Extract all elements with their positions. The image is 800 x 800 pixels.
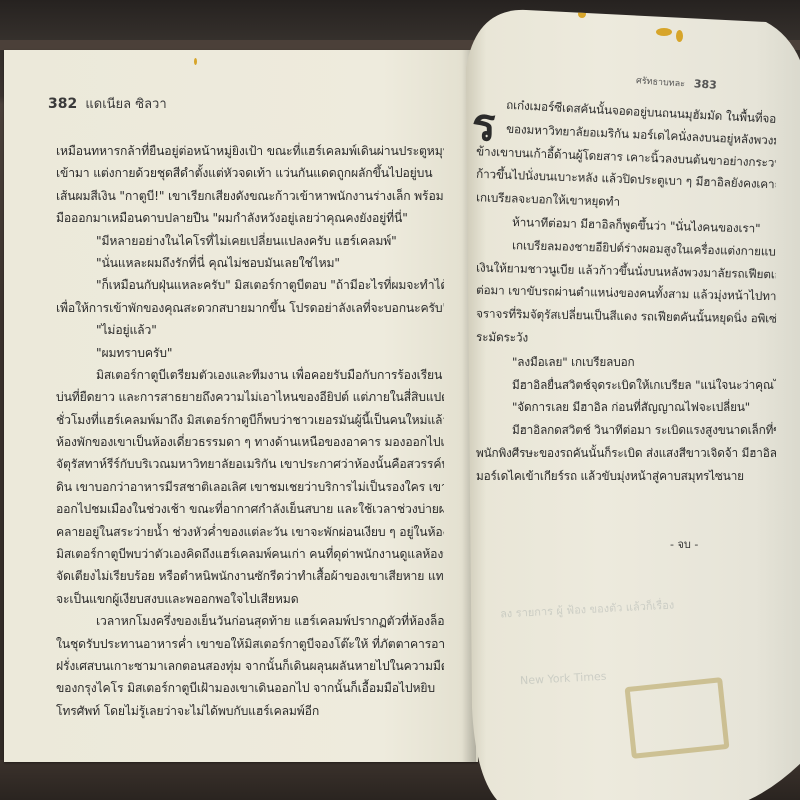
text-line: "นั่นแหละผมถึงรักที่นี่ คุณไม่ชอบมันเลยใ… xyxy=(56,252,444,274)
text-line: เวลาหกโมงครึ่งของเย็นวันก่อนสุดท้าย แฮร์… xyxy=(56,610,444,632)
text-line: "มีหลายอย่างในไคโรที่ไม่เคยเปลี่ยนแปลงคร… xyxy=(56,230,444,252)
text-line: ระมัดระวัง xyxy=(476,326,776,353)
text-line: "จัดการเลย มีฮาอิล ก่อนที่สัญญาณไฟจะเปลี… xyxy=(476,396,776,419)
text-line: ฝรั่งเศสบนเกาะซามาเลกตอนสองทุ่ม จากนั้นก… xyxy=(56,655,444,677)
text-line: เพื่อให้การเข้าพักของคุณสะดวกสบายมากขึ้น… xyxy=(56,297,444,319)
text-line: บ่นที่ยืดยาว และการสาธยายถึงความไม่เอาไห… xyxy=(56,386,444,408)
ink-stain xyxy=(676,30,683,42)
text-line: มิสเตอร์กาตูบีเตรียมตัวเองและทีมงาน เพื่… xyxy=(56,364,444,386)
text-line: โทรศัพท์ โดยไม่รู้เลยว่าจะไม่ได้พบกับแฮร… xyxy=(56,700,444,722)
right-page-number: 383 xyxy=(693,77,717,92)
left-page-body: เหมือนทหารกล้าที่ยืนอยู่ต่อหน้าหมู่ยิงเป… xyxy=(56,140,444,722)
text-line: เส้นผมสีเงิน "กาตูบี!" เขาเรียกเสียงดังข… xyxy=(56,185,444,207)
right-page-body: ถเก๋งเมอร์ซีเดสคันนั้นจอดอยู่บนถนนมุฮัมม… xyxy=(476,100,776,488)
text-line: พนักพิงศีรษะของรถคันนั้นก็ระเบิด ส่งแสงส… xyxy=(476,442,776,465)
text-line: "ไม่อยู่แล้ว" xyxy=(56,319,444,341)
text-line: จัดเตียงไม่เรียบร้อย หรือตำหนิพนักงานซัก… xyxy=(56,565,444,587)
left-page-number: 382 xyxy=(48,96,77,112)
text-line: เข้ามา แต่งกายด้วยชุดสีดำตั้งแต่หัวจดเท้… xyxy=(56,162,444,184)
text-line: "ผมทราบครับ" xyxy=(56,342,444,364)
text-line: ในชุดรับประทานอาหารค่ำ เขาขอให้มิสเตอร์ก… xyxy=(56,633,444,655)
text-line: มอร์เดไคเข้าเกียร์รถ แล้วขับมุ่งหน้าสู่ค… xyxy=(476,465,776,488)
text-line: ออกไปชมเมืองในช่วงเช้า ขณะที่อากาศกำลังเ… xyxy=(56,498,444,520)
text-line: มือออกมาเหมือนดาบปลายปืน "ผมกำลังหวังอยู… xyxy=(56,207,444,229)
coffee-stain xyxy=(625,677,730,759)
text-line: "ก็เหมือนกับฝุ่นแหละครับ" มิสเตอร์กาตูบี… xyxy=(56,274,444,296)
text-line: ของกรุงไคโร มิสเตอร์กาตูบีเฝ้ามองเขาเดิน… xyxy=(56,677,444,699)
text-line: เหมือนทหารกล้าที่ยืนอยู่ต่อหน้าหมู่ยิงเป… xyxy=(56,140,444,162)
left-running-head: แดเนียล ซิลวา xyxy=(85,97,166,112)
text-line: คลายอยู่ในสระว่ายน้ำ ช่วงหัวค่ำของแต่ละว… xyxy=(56,521,444,543)
text-line: มีฮาอิลกดสวิตช์ วินาทีต่อมา ระเบิดแรงสูง… xyxy=(476,419,776,442)
text-line: "ลงมือเลย" เกเบรียลบอก xyxy=(476,351,776,374)
end-mark: - จบ - xyxy=(670,535,698,553)
ink-stain xyxy=(194,58,197,65)
text-line: มีฮาอิลยื่นสวิตช์จุดระเบิดให้เกเบรียล "แ… xyxy=(476,374,776,397)
left-page-header: 382 แดเนียล ซิลวา xyxy=(48,93,167,114)
right-running-head: ศรัทธาบทละ xyxy=(636,76,686,89)
text-line: ชั่วโมงที่แฮร์เคลมพ์มาถึง มิสเตอร์กาตูบี… xyxy=(56,409,444,431)
text-line: จัตุรัสทาห์รีร์กับบริเวณมหาวิทยาลัยอเมริ… xyxy=(56,453,444,475)
text-line: มิสเตอร์กาตูบีพบว่าตัวเองคิดถึงแฮร์เคลมพ… xyxy=(56,543,444,565)
ink-stain xyxy=(656,28,672,36)
text-line: จะเป็นแขกผู้เงียบสงบและพออกพอใจไปเสียหมด xyxy=(56,588,444,610)
text-line: ดิน เขาบอกว่าอาหารมีรสชาติเลอเลิศ เขาชมเ… xyxy=(56,476,444,498)
text-line: ห้องพักของเขาเป็นห้องเดี่ยวธรรมดา ๆ ทางด… xyxy=(56,431,444,453)
